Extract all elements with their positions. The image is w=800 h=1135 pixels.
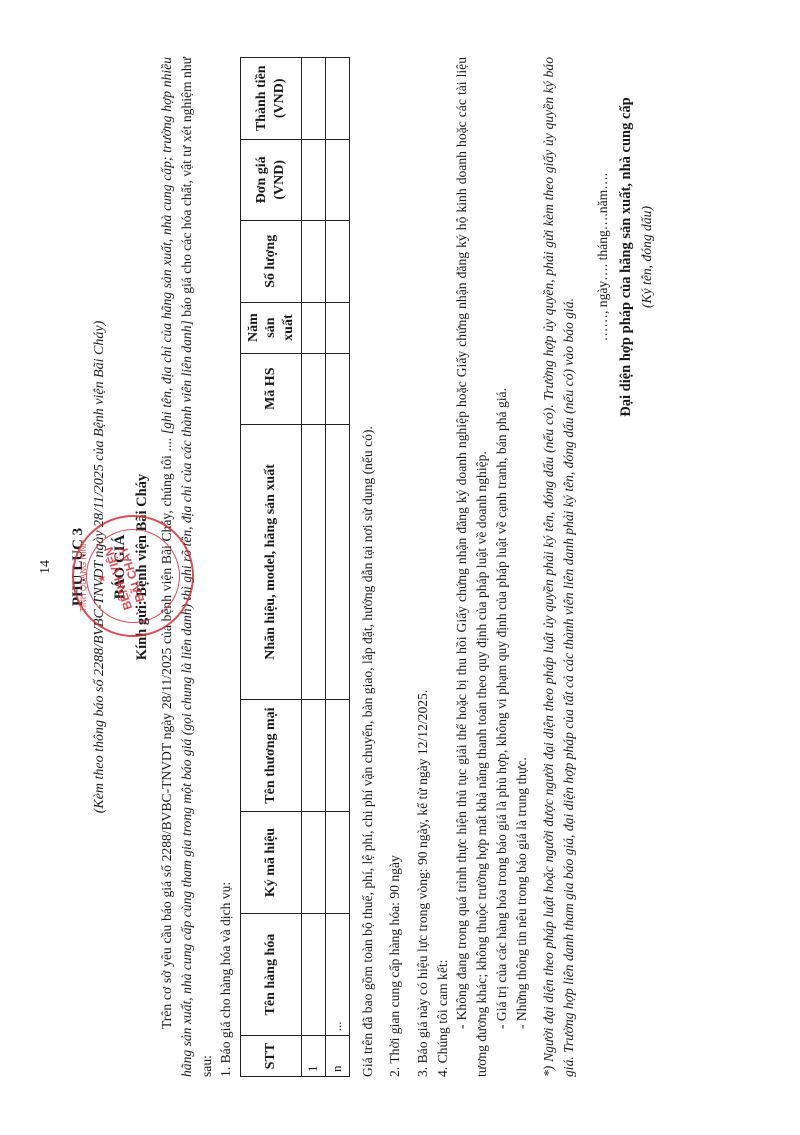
table-header-row: STT Tên hàng hóa Ký mã hiệu Tên thương m…	[240, 58, 301, 1077]
commitment-item: - Giá trị của các hàng hóa trong báo giá…	[492, 57, 512, 1077]
cell: ...	[325, 913, 349, 1035]
cell	[325, 700, 349, 812]
cell	[301, 139, 325, 221]
signature-note: (Ký tên, đóng dấu)	[637, 47, 657, 467]
cell	[301, 700, 325, 812]
cell	[301, 221, 325, 303]
quotation-table: STT Tên hàng hóa Ký mã hiệu Tên thương m…	[240, 57, 350, 1077]
cell	[301, 302, 325, 353]
cell	[325, 353, 349, 424]
table-row: n ...	[325, 58, 349, 1077]
col-trade-name: Tên thương mại	[240, 700, 301, 812]
cell	[325, 58, 349, 140]
cell	[301, 58, 325, 140]
stamp-top-text: TỈNH QUẢNG NINH	[78, 517, 90, 635]
commitment-item: - Những thông tin nêu trong báo giá là t…	[512, 57, 532, 1077]
signature-title: Đại diện hợp pháp của hãng sản xuất, nhà…	[616, 47, 637, 467]
col-code: Ký mã hiệu	[240, 812, 301, 914]
cell	[301, 353, 325, 424]
col-stt: STT	[240, 1036, 301, 1077]
signature-block: ……, ngày…. tháng….năm…. Đại diện hợp phá…	[593, 47, 657, 467]
col-quantity: Số lượng	[240, 221, 301, 303]
cell	[325, 424, 349, 699]
col-total: Thành tiền (VND)	[240, 58, 301, 140]
star-icon: ★	[96, 574, 111, 583]
cell: n	[325, 1036, 349, 1077]
col-hs-code: Mã HS	[240, 353, 301, 424]
col-brand-model: Nhãn hiệu, model, hãng sản xuất	[240, 424, 301, 699]
section-4-heading: 4. Chúng tôi cam kết:	[433, 57, 453, 1077]
rotated-page: 14 PHỤ LỤC 3 (Kèm theo thông báo số 2288…	[0, 0, 800, 1135]
section-3: 3. Báo giá này có hiệu lực trong vòng: 9…	[413, 57, 433, 1077]
cell	[301, 812, 325, 914]
page-number: 14	[36, 57, 56, 1077]
cell	[325, 812, 349, 914]
commitment-item: - Không đang trong quá trình thực hiện t…	[452, 57, 491, 1077]
page-content: 14 PHỤ LỤC 3 (Kèm theo thông báo số 2288…	[22, 57, 669, 1077]
cell	[325, 302, 349, 353]
cell	[325, 221, 349, 303]
cell	[301, 424, 325, 699]
col-year: Năm sản xuất	[240, 302, 301, 353]
col-product-name: Tên hàng hóa	[240, 913, 301, 1035]
footnote: *) Người đại diện theo pháp luật hoặc ng…	[539, 57, 578, 1077]
cell	[301, 913, 325, 1035]
table-row: 1	[301, 58, 325, 1077]
signature-date: ……, ngày…. tháng….năm….	[593, 47, 613, 467]
col-unit-price: Đơn giá (VND)	[240, 139, 301, 221]
price-note: Giá trên đã bao gồm toàn bộ thuế, phí, l…	[358, 57, 378, 1077]
red-seal-stamp: TỈNH QUẢNG NINH ★ BỆNH VIỆN BÃI CHÁY	[72, 515, 194, 637]
section-1-heading: 1. Báo giá cho hàng hóa và dịch vụ:	[216, 57, 236, 1077]
section-2: 2. Thời gian cung cấp hàng hóa: 90 ngày	[385, 57, 405, 1077]
cell: 1	[301, 1036, 325, 1077]
cell	[325, 139, 349, 221]
